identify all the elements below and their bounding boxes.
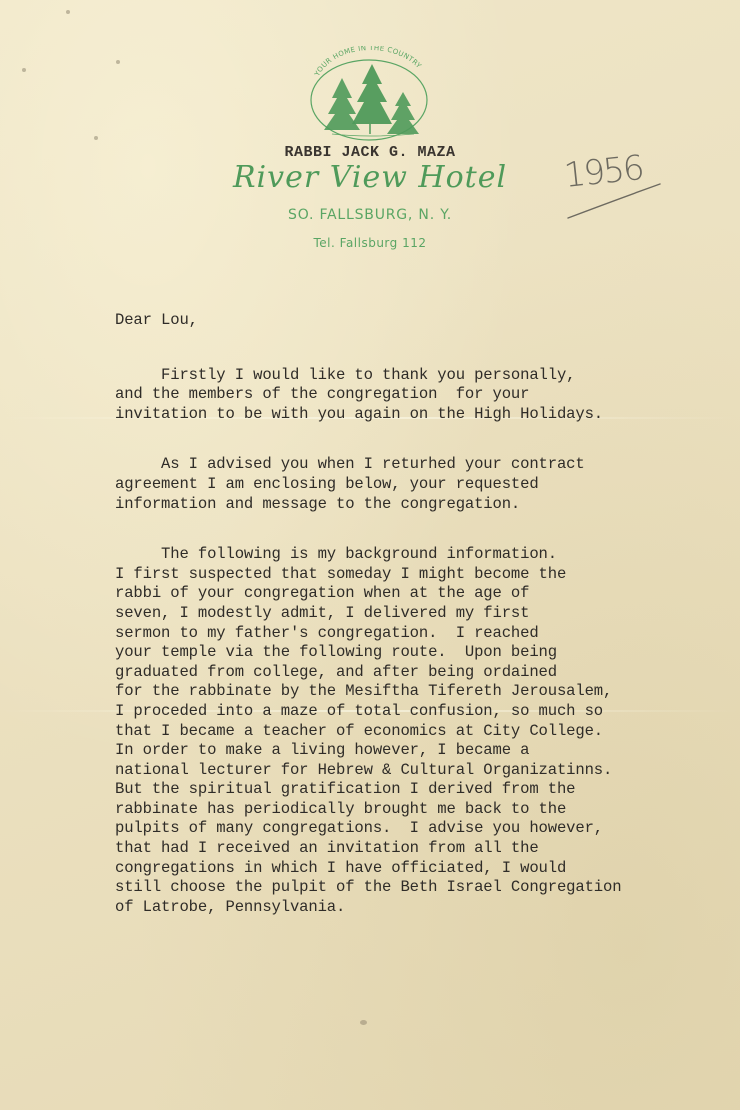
text-line: seven, I modestly admit, I delivered my … (115, 604, 735, 624)
text-line: information and message to the congregat… (115, 495, 735, 515)
text-line: rabbinate has periodically brought me ba… (115, 800, 735, 820)
text-line: I first suspected that someday I might b… (115, 565, 735, 585)
text-line: I proceded into a maze of total confusio… (115, 702, 735, 722)
text-line: that had I received an invitation from a… (115, 839, 735, 859)
handwritten-underline (560, 150, 670, 230)
text-line: congregations in which I have officiated… (115, 859, 735, 879)
text-line: As I advised you when I returhed your co… (115, 455, 735, 475)
text-line: agreement I am enclosing below, your req… (115, 475, 735, 495)
text-line: sermon to my father's congregation. I re… (115, 624, 735, 644)
paragraph-thanks: Firstly I would like to thank you person… (115, 366, 735, 425)
text-line: pulpits of many congregations. I advise … (115, 819, 735, 839)
paragraph-enclosure: As I advised you when I returhed your co… (115, 455, 735, 514)
salutation: Dear Lou, (115, 311, 735, 331)
text-line: The following is my background informati… (115, 545, 735, 565)
hotel-telephone: Tel. Fallsburg 112 (0, 236, 740, 250)
text-line: graduated from college, and after being … (115, 663, 735, 683)
text-line: your temple via the following route. Upo… (115, 643, 735, 663)
text-line: invitation to be with you again on the H… (115, 405, 735, 425)
paper-blemish (360, 1020, 367, 1025)
handwritten-year-note: 1956 (560, 150, 670, 230)
text-line: still choose the pulpit of the Beth Isra… (115, 878, 735, 898)
paragraph-background: The following is my background informati… (115, 545, 735, 917)
text-line: In order to make a living however, I bec… (115, 741, 735, 761)
text-line: and the members of the congregation for … (115, 385, 735, 405)
pine-trees-oval-icon: YOUR HOME IN THE COUNTRY (302, 46, 436, 146)
letter-page: YOUR HOME IN THE COUNTRY RABBI JACK G. M… (0, 0, 740, 1110)
text-line: of Latrobe, Pennsylvania. (115, 898, 735, 918)
text-line: for the rabbinate by the Mesiftha Tifere… (115, 682, 735, 702)
text-line: rabbi of your congregation when at the a… (115, 584, 735, 604)
letter-body: Dear Lou, Firstly I would like to thank … (115, 311, 735, 917)
text-line: But the spiritual gratification I derive… (115, 780, 735, 800)
text-line: that I became a teacher of economics at … (115, 722, 735, 742)
text-line: Firstly I would like to thank you person… (115, 366, 735, 386)
text-line: national lecturer for Hebrew & Cultural … (115, 761, 735, 781)
